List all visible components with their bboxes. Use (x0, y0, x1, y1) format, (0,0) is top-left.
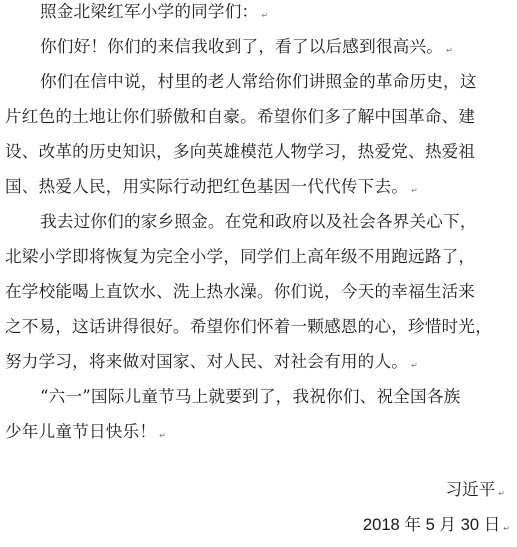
salutation: 照金北梁红军小学的同学们：↵ (40, 2, 268, 26)
paragraph-mark-icon: ↵ (498, 489, 505, 498)
signature-text: 习近平 (446, 480, 496, 499)
paragraph2-line: 之不易，这话讲得很好。希望你们怀着一颗感恩的心，珍惜时光， (5, 317, 492, 337)
date-text: 2018 年 5 月 30 日 (363, 515, 500, 534)
paragraph-mark-icon: ↵ (411, 186, 418, 195)
paragraph1-line: 片红色的土地让你们骄傲和自豪。希望你们多了解中国革命、建 (5, 107, 475, 127)
paragraph1-line: 你们在信中说，村里的老人常给你们讲照金的革命历史，这 (40, 72, 477, 92)
paragraph-mark-icon: ↵ (411, 361, 418, 370)
greeting: 你们好！你们的来信我收到了，看了以后感到很高兴。↵ (40, 37, 453, 61)
paragraph3-text: 少年儿童节日快乐！ (5, 422, 156, 441)
paragraph2-text: 努力学习，将来做对国家、对人民、对社会有用的人。 (5, 352, 408, 371)
paragraph2-line: 北梁小学即将恢复为完全小学，同学们上高年级不用跑远路了， (5, 247, 475, 267)
paragraph1-line: 设、改革的历史知识，多向英雄模范人物学习，热爱党、热爱祖 (5, 142, 475, 162)
paragraph-mark-icon: ↵ (446, 46, 453, 55)
paragraph2-line: 努力学习，将来做对国家、对人民、对社会有用的人。↵ (5, 352, 418, 376)
paragraph1-line: 国、热爱人民，用实际行动把红色基因一代代传下去。↵ (5, 177, 418, 201)
paragraph-mark-icon: ↵ (503, 524, 510, 533)
paragraph3-line: 少年儿童节日快乐！↵ (5, 422, 166, 446)
paragraph1-text: 国、热爱人民，用实际行动把红色基因一代代传下去。 (5, 177, 408, 196)
paragraph2-line: 在学校能喝上直饮水、洗上热水澡。你们说，今天的幸福生活来 (5, 282, 475, 302)
salutation-text: 照金北梁红军小学的同学们： (40, 2, 258, 21)
paragraph3-line: “六一”国际儿童节马上就要到了，我祝你们、祝全国各族 (40, 387, 460, 407)
paragraph2-line: 我去过你们的家乡照金。在党和政府以及社会各界关心下， (40, 212, 477, 232)
letter-date: 2018 年 5 月 30 日↵ (363, 515, 510, 539)
greeting-text: 你们好！你们的来信我收到了，看了以后感到很高兴。 (40, 37, 443, 56)
paragraph-mark-icon: ↵ (261, 11, 268, 20)
signature: 习近平↵ (446, 480, 505, 504)
paragraph-mark-icon: ↵ (159, 431, 166, 440)
